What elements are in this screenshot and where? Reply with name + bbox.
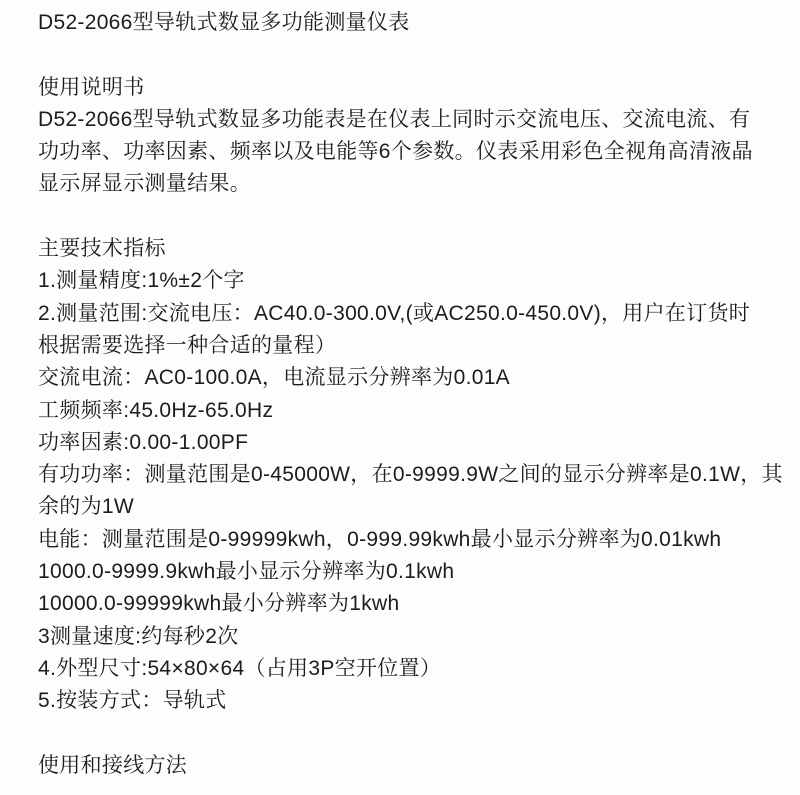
spec-line-active-power-cont: 余的为1W [38, 491, 782, 523]
spec-line-accuracy: 1.测量精度:1%±2个字 [38, 265, 782, 297]
spec-line-speed: 3测量速度:约每秒2次 [38, 621, 782, 653]
specs-heading: 主要技术指标 [38, 233, 782, 265]
spec-line-mounting: 5.按装方式：导轨式 [38, 685, 782, 717]
spec-line-frequency: 工频频率:45.0Hz-65.0Hz [38, 395, 782, 427]
spec-line-current: 交流电流：AC0-100.0A，电流显示分辨率为0.01A [38, 362, 782, 394]
spec-line-energy-res-01: 1000.0-9999.9kwh最小显示分辨率为0.1kwh [38, 556, 782, 588]
spec-line-power-factor: 功率因素:0.00-1.00PF [38, 427, 782, 459]
spec-line-voltage-range-cont: 根据需要选择一种合适的量程） [38, 330, 782, 362]
intro-line-2: 功功率、功率因素、频率以及电能等6个参数。仪表采用彩色全视角高清液晶 [38, 136, 782, 168]
blank-line [38, 718, 782, 750]
manual-heading: 使用说明书 [38, 72, 782, 104]
intro-line-1: D52-2066型导轨式数显多功能表是在仪表上同时示交流电压、交流电流、有 [38, 104, 782, 136]
document-title: D52-2066型导轨式数显多功能测量仪表 [38, 7, 782, 39]
manual-document-page: D52-2066型导轨式数显多功能测量仪表 使用说明书 D52-2066型导轨式… [0, 0, 800, 795]
spec-line-energy: 电能：测量范围是0-99999kwh，0-999.99kwh最小显示分辨率为0.… [38, 524, 782, 556]
spec-line-energy-res-1: 10000.0-99999kwh最小分辨率为1kwh [38, 588, 782, 620]
intro-line-3: 显示屏显示测量结果。 [38, 168, 782, 200]
blank-line [38, 201, 782, 233]
spec-line-active-power: 有功功率：测量范围是0-45000W，在0-9999.9W之间的显示分辨率是0.… [38, 459, 782, 491]
blank-line [38, 39, 782, 71]
spec-line-dimensions: 4.外型尺寸:54×80×64（占用3P空开位置） [38, 653, 782, 685]
wiring-heading: 使用和接线方法 [38, 750, 782, 782]
spec-line-voltage-range: 2.测量范围:交流电压：AC40.0-300.0V,(或AC250.0-450.… [38, 298, 782, 330]
